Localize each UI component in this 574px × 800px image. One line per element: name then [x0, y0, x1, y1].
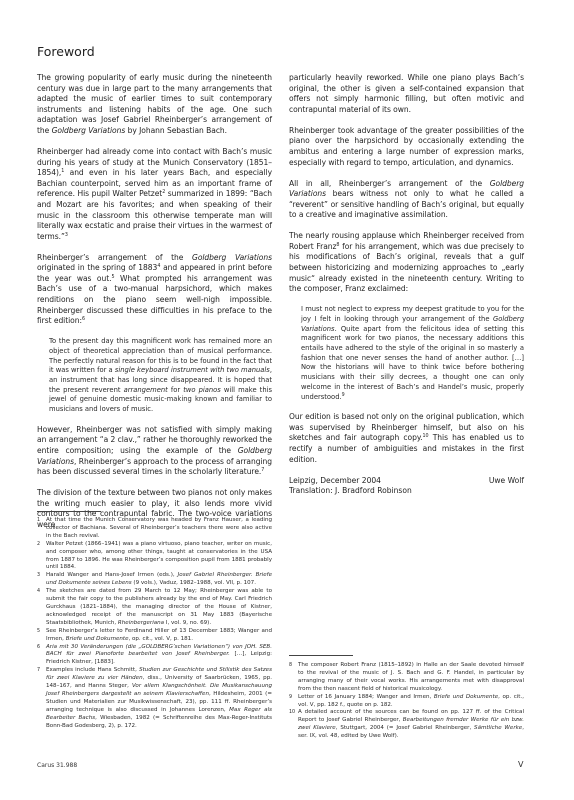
block-quote: I must not neglect to express my deepest… [301, 305, 524, 402]
footnote-divider [37, 511, 101, 512]
page-title: Foreword [37, 44, 95, 59]
footnote-ref[interactable]: 3 [65, 233, 68, 238]
page-number: V [518, 760, 523, 769]
paragraph: Rheinberger’s arrangement of the Goldber… [37, 253, 272, 327]
paragraph: However, Rheinberger was not satisfied w… [37, 425, 272, 478]
footnote: 6Aria mit 30 Veränderungen (die „GOLDBER… [37, 644, 272, 668]
translator-credit: Translation: J. Bradford Robinson [289, 486, 524, 497]
paragraph: All in all, Rheinberger’s arrangement of… [289, 179, 524, 221]
right-column: particularly heavily reworked. While one… [289, 73, 524, 497]
paragraph: Our edition is based not only on the ori… [289, 412, 524, 465]
footnotes-left: 1At that time the Munich Conservatory wa… [37, 517, 272, 730]
footnotes-right: 8The composer Robert Franz (1815–1892) i… [289, 662, 524, 741]
paragraph: The nearly rousing applause which Rheinb… [289, 231, 524, 295]
place-date: Leipzig, December 2004 [289, 476, 381, 487]
author-name: Uwe Wolf [489, 476, 524, 487]
footnote: 2Walter Petzet (1866–1941) was a piano v… [37, 541, 272, 573]
footnote: 3Harald Wanger and Hans-Josef Irmen (eds… [37, 572, 272, 588]
footnote-ref[interactable]: 9 [342, 393, 345, 398]
paragraph: Rheinberger took advantage of the greate… [289, 126, 524, 168]
catalog-number: Carus 31.988 [37, 762, 77, 769]
footnote: 5See Rheinberger’s letter to Ferdinand H… [37, 628, 272, 644]
paragraph: particularly heavily reworked. While one… [289, 73, 524, 115]
footnote: 9Letter of 16 January 1884; Wanger and I… [289, 694, 524, 710]
footnote-ref[interactable]: 6 [82, 317, 85, 322]
footnote: 8The composer Robert Franz (1815–1892) i… [289, 662, 524, 694]
paragraph: Rheinberger had already come into contac… [37, 147, 272, 242]
footnote: 10A detailed account of the sources can … [289, 709, 524, 741]
footnote: 4The sketches are dated from 29 March to… [37, 588, 272, 628]
paragraph: The growing popularity of early music du… [37, 73, 272, 137]
left-column: The growing popularity of early music du… [37, 73, 272, 541]
document-page: Foreword The growing popularity of early… [0, 0, 574, 800]
footnote-divider [289, 655, 353, 656]
footnote: 7Examples include Hans Schmitt, Studien … [37, 667, 272, 730]
footnote-ref[interactable]: 7 [261, 468, 264, 473]
footnote: 1At that time the Munich Conservatory wa… [37, 517, 272, 541]
block-quote: To the present day this magnificent work… [49, 337, 272, 415]
signature-line: Leipzig, December 2004 Uwe Wolf [289, 476, 524, 487]
